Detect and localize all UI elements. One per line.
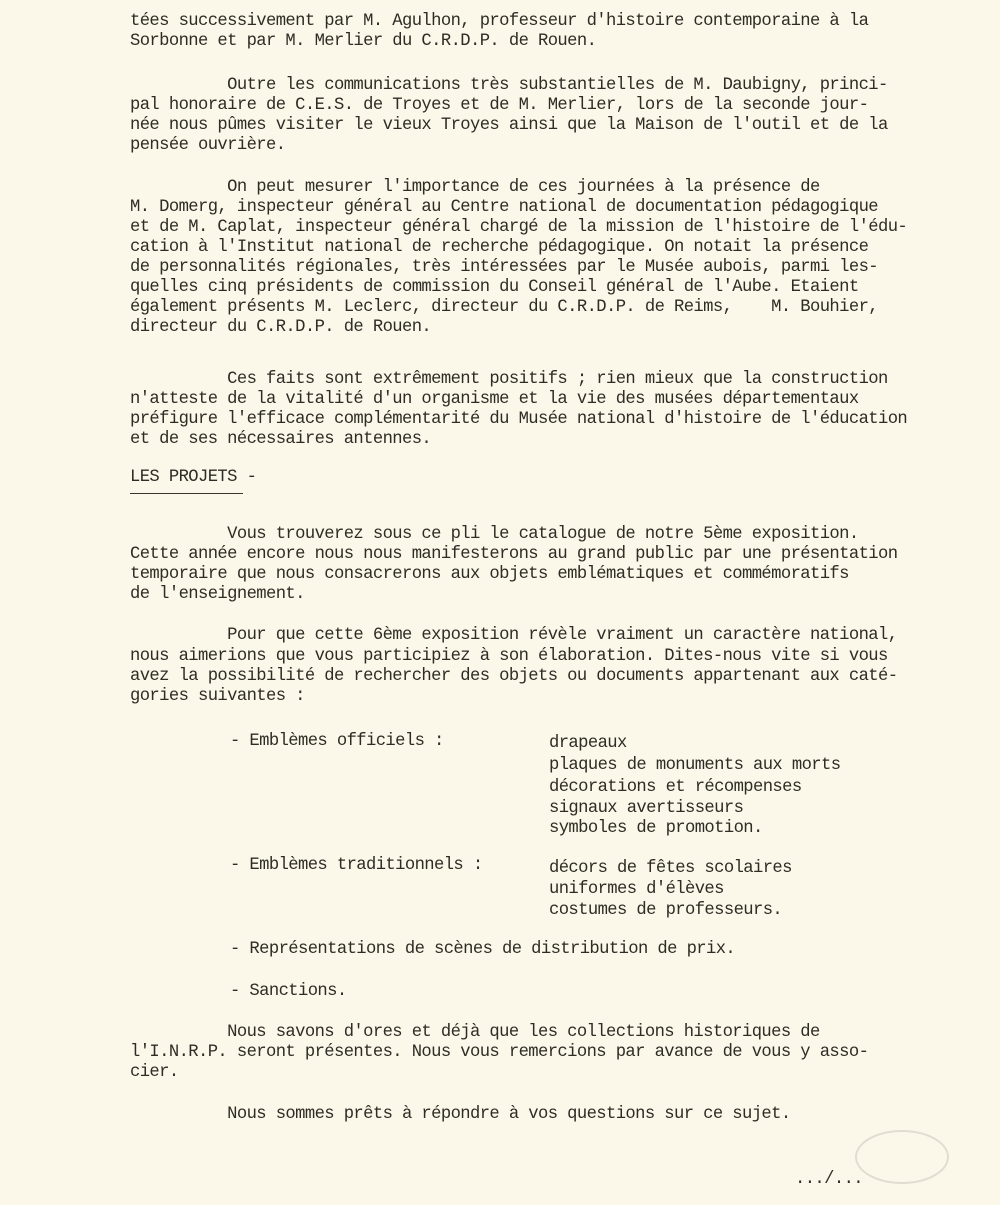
text-line: de personnalités régionales, très intére… — [130, 258, 878, 278]
text-line: Outre les communications très substantie… — [130, 76, 888, 96]
text-line: n'atteste de la vitalité d'un organisme … — [130, 390, 859, 410]
category-label: - Emblèmes officiels : — [230, 732, 444, 752]
continuation-mark: .../... — [795, 1170, 863, 1190]
category-item: décorations et récompenses — [549, 778, 802, 798]
text-line: Pour que cette 6ème exposition révèle vr… — [130, 626, 897, 646]
text-line: l'I.N.R.P. seront présentes. Nous vous r… — [130, 1043, 868, 1063]
section-heading: LES PROJETS - — [130, 468, 256, 488]
text-line: pensée ouvrière. — [130, 136, 285, 156]
text-line: On peut mesurer l'importance de ces jour… — [130, 178, 820, 198]
text-line: pal honoraire de C.E.S. de Troyes et de … — [130, 96, 868, 116]
text-line: Nous savons d'ores et déjà que les colle… — [130, 1023, 820, 1043]
category-item: drapeaux — [549, 734, 627, 754]
text-line: nous aimerions que vous participiez à so… — [130, 647, 888, 667]
text-line: M. Domerg, inspecteur général au Centre … — [130, 198, 878, 218]
heading-underline — [130, 493, 243, 494]
category-label: - Sanctions. — [230, 982, 347, 1002]
text-line: avez la possibilité de rechercher des ob… — [130, 667, 897, 687]
text-line: et de M. Caplat, inspecteur général char… — [130, 218, 907, 238]
text-line: Sorbonne et par M. Merlier du C.R.D.P. d… — [130, 32, 596, 52]
category-item: signaux avertisseurs — [549, 799, 743, 819]
text-line: de l'enseignement. — [130, 585, 305, 605]
text-line: tées successivement par M. Agulhon, prof… — [130, 12, 868, 32]
category-label: - Représentations de scènes de distribut… — [230, 940, 735, 960]
text-line: préfigure l'efficace complémentarité du … — [130, 410, 907, 430]
text-line: cier. — [130, 1063, 179, 1083]
text-line: Ces faits sont extrêmement positifs ; ri… — [130, 370, 888, 390]
text-line: cation à l'Institut national de recherch… — [130, 238, 868, 258]
text-line: également présents M. Leclerc, directeur… — [130, 298, 878, 318]
text-line: Cette année encore nous nous manifestero… — [130, 545, 897, 565]
text-line: directeur du C.R.D.P. de Rouen. — [130, 318, 431, 338]
text-line: Vous trouverez sous ce pli le catalogue … — [130, 525, 859, 545]
category-item: symboles de promotion. — [549, 819, 763, 839]
text-line: et de ses nécessaires antennes. — [130, 430, 431, 450]
text-line: quelles cinq présidents de commission du… — [130, 278, 859, 298]
category-item: décors de fêtes scolaires — [549, 859, 792, 879]
category-item: uniformes d'élèves — [549, 880, 724, 900]
category-item: costumes de professeurs. — [549, 901, 782, 921]
text-line: née nous pûmes visiter le vieux Troyes a… — [130, 116, 888, 136]
text-line: temporaire que nous consacrerons aux obj… — [130, 565, 849, 585]
text-line: gories suivantes : — [130, 687, 305, 707]
category-item: plaques de monuments aux morts — [549, 756, 840, 776]
faint-stamp — [855, 1130, 949, 1184]
category-label: - Emblèmes traditionnels : — [230, 856, 483, 876]
text-line: Nous sommes prêts à répondre à vos quest… — [130, 1105, 791, 1125]
document-page: tées successivement par M. Agulhon, prof… — [0, 0, 1000, 1205]
